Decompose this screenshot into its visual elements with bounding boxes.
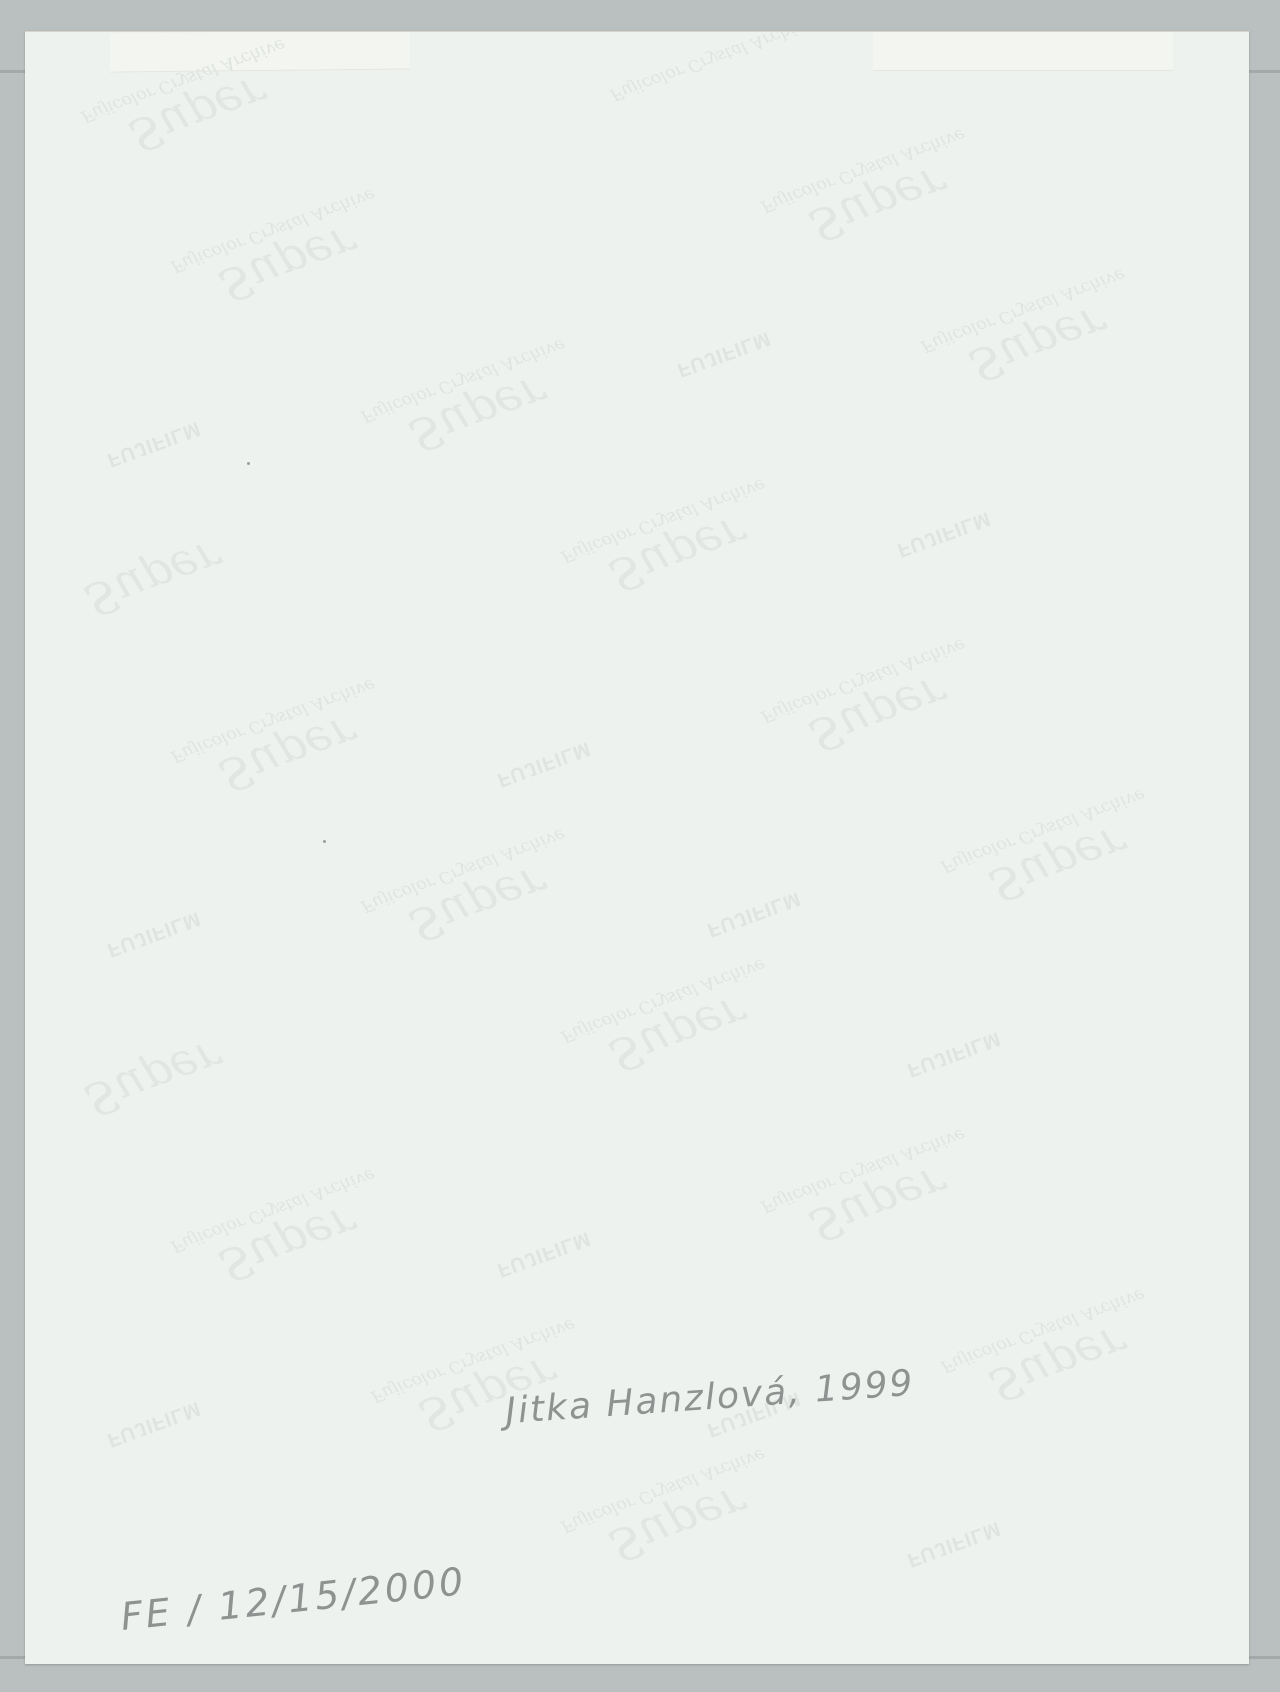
watermark-brand: FUJIFILM	[104, 1396, 204, 1451]
watermark-brand: FUJIFILM	[494, 736, 594, 791]
watermark-line: Fujicolor Crystal Archive	[758, 634, 967, 727]
watermark-brand: FUJIFILM	[704, 886, 804, 941]
watermark-script: Super	[213, 1183, 397, 1294]
watermark-line: Fujicolor Crystal Archive	[358, 824, 567, 917]
watermark-script: Super	[403, 843, 587, 954]
watermark: Super	[25, 1029, 228, 1148]
watermark-line: Fujicolor Crystal Archive	[938, 1284, 1147, 1377]
watermark-script: Super	[803, 143, 987, 254]
watermark-script: Super	[603, 1463, 787, 1574]
watermark: FUJIFILM	[904, 1516, 1004, 1571]
watermark-line: Fujicolor Crystal Archive	[758, 1124, 967, 1217]
mounting-tape-left	[110, 31, 410, 73]
watermark: Super Fujicolor Crystal Archive	[339, 334, 586, 484]
watermark: Super Fujicolor Crystal Archive	[149, 674, 396, 824]
watermark-script: Super	[78, 529, 228, 628]
watermark-brand: FUJIFILM	[894, 506, 994, 561]
watermark-line: Fujicolor Crystal Archive	[168, 674, 377, 767]
artist-signature: Jitka Hanzlová, 1999	[504, 1363, 916, 1432]
watermark-line: Fujicolor Crystal Archive	[558, 1444, 767, 1537]
watermark-line: Fujicolor Crystal Archive	[558, 954, 767, 1047]
watermark-brand: FUJIFILM	[104, 416, 204, 471]
watermark-brand: FUJIFILM	[904, 1516, 1004, 1571]
watermark-line: Fujicolor Crystal Archive	[558, 474, 767, 567]
watermark-script: Super	[603, 493, 787, 604]
watermark: FUJIFILM	[104, 1396, 204, 1451]
watermark: Super Fujicolor Crystal Archive	[899, 264, 1146, 414]
watermark: FUJIFILM	[104, 416, 204, 471]
watermark: Super Fujicolor Crystal Archive	[539, 1444, 786, 1594]
watermark-line: Fujicolor Crystal Archive	[168, 1164, 377, 1257]
mounting-tape-right	[873, 32, 1173, 71]
watermark-script: Super	[213, 693, 397, 804]
watermark: FUJIFILM	[704, 886, 804, 941]
watermark-script: Super	[803, 653, 987, 764]
watermark-script: Super	[983, 803, 1167, 914]
watermark: Super Fujicolor Crystal Archive	[739, 634, 986, 784]
watermark-script: Super	[213, 203, 397, 314]
watermark-script: Super	[803, 1143, 987, 1254]
watermark: Super Fujicolor Crystal Archive	[739, 124, 986, 274]
watermark: FUJIFILM	[494, 1226, 594, 1281]
watermark: FUJIFILM	[494, 736, 594, 791]
photo-paper-back: Super Fujicolor Crystal Archive Fujicolo…	[25, 31, 1249, 1664]
watermark-brand: FUJIFILM	[904, 1026, 1004, 1081]
watermark-line: Fujicolor Crystal Archive	[918, 264, 1127, 357]
watermark: Super Fujicolor Crystal Archive	[919, 1284, 1166, 1434]
watermark-line: Fujicolor Crystal Archive	[607, 31, 816, 105]
watermark: FUJIFILM	[674, 326, 774, 381]
watermark: Super Fujicolor Crystal Archive	[539, 474, 786, 624]
watermark: Super Fujicolor Crystal Archive	[739, 1124, 986, 1274]
watermark-line: Fujicolor Crystal Archive	[938, 784, 1147, 877]
watermark: Super Fujicolor Crystal Archive	[539, 954, 786, 1104]
watermark-brand: FUJIFILM	[104, 906, 204, 961]
watermark: FUJIFILM	[904, 1026, 1004, 1081]
watermark: FUJIFILM	[104, 906, 204, 961]
watermark-script: Super	[963, 283, 1147, 394]
watermark-script: Super	[983, 1303, 1167, 1414]
watermark-line: Fujicolor Crystal Archive	[758, 124, 967, 217]
watermark-script: Super	[78, 1029, 228, 1128]
watermark-brand: FUJIFILM	[494, 1226, 594, 1281]
watermark: Fujicolor Crystal Archive	[589, 31, 817, 112]
watermark: Super	[25, 529, 228, 648]
watermark: FUJIFILM	[894, 506, 994, 561]
watermark-script: Super	[403, 353, 587, 464]
dust-speck	[323, 840, 326, 843]
watermark: Super Fujicolor Crystal Archive	[149, 184, 396, 334]
archival-note: FE / 12/15/2000	[119, 1559, 469, 1639]
watermark-line: Fujicolor Crystal Archive	[358, 334, 567, 427]
watermark: Super Fujicolor Crystal Archive	[339, 824, 586, 974]
watermark-brand: FUJIFILM	[674, 326, 774, 381]
dust-speck	[247, 462, 250, 465]
watermark: Super Fujicolor Crystal Archive	[149, 1164, 396, 1314]
watermark-script: Super	[603, 973, 787, 1084]
watermark-line: Fujicolor Crystal Archive	[168, 184, 377, 277]
watermark: Super Fujicolor Crystal Archive	[919, 784, 1166, 934]
